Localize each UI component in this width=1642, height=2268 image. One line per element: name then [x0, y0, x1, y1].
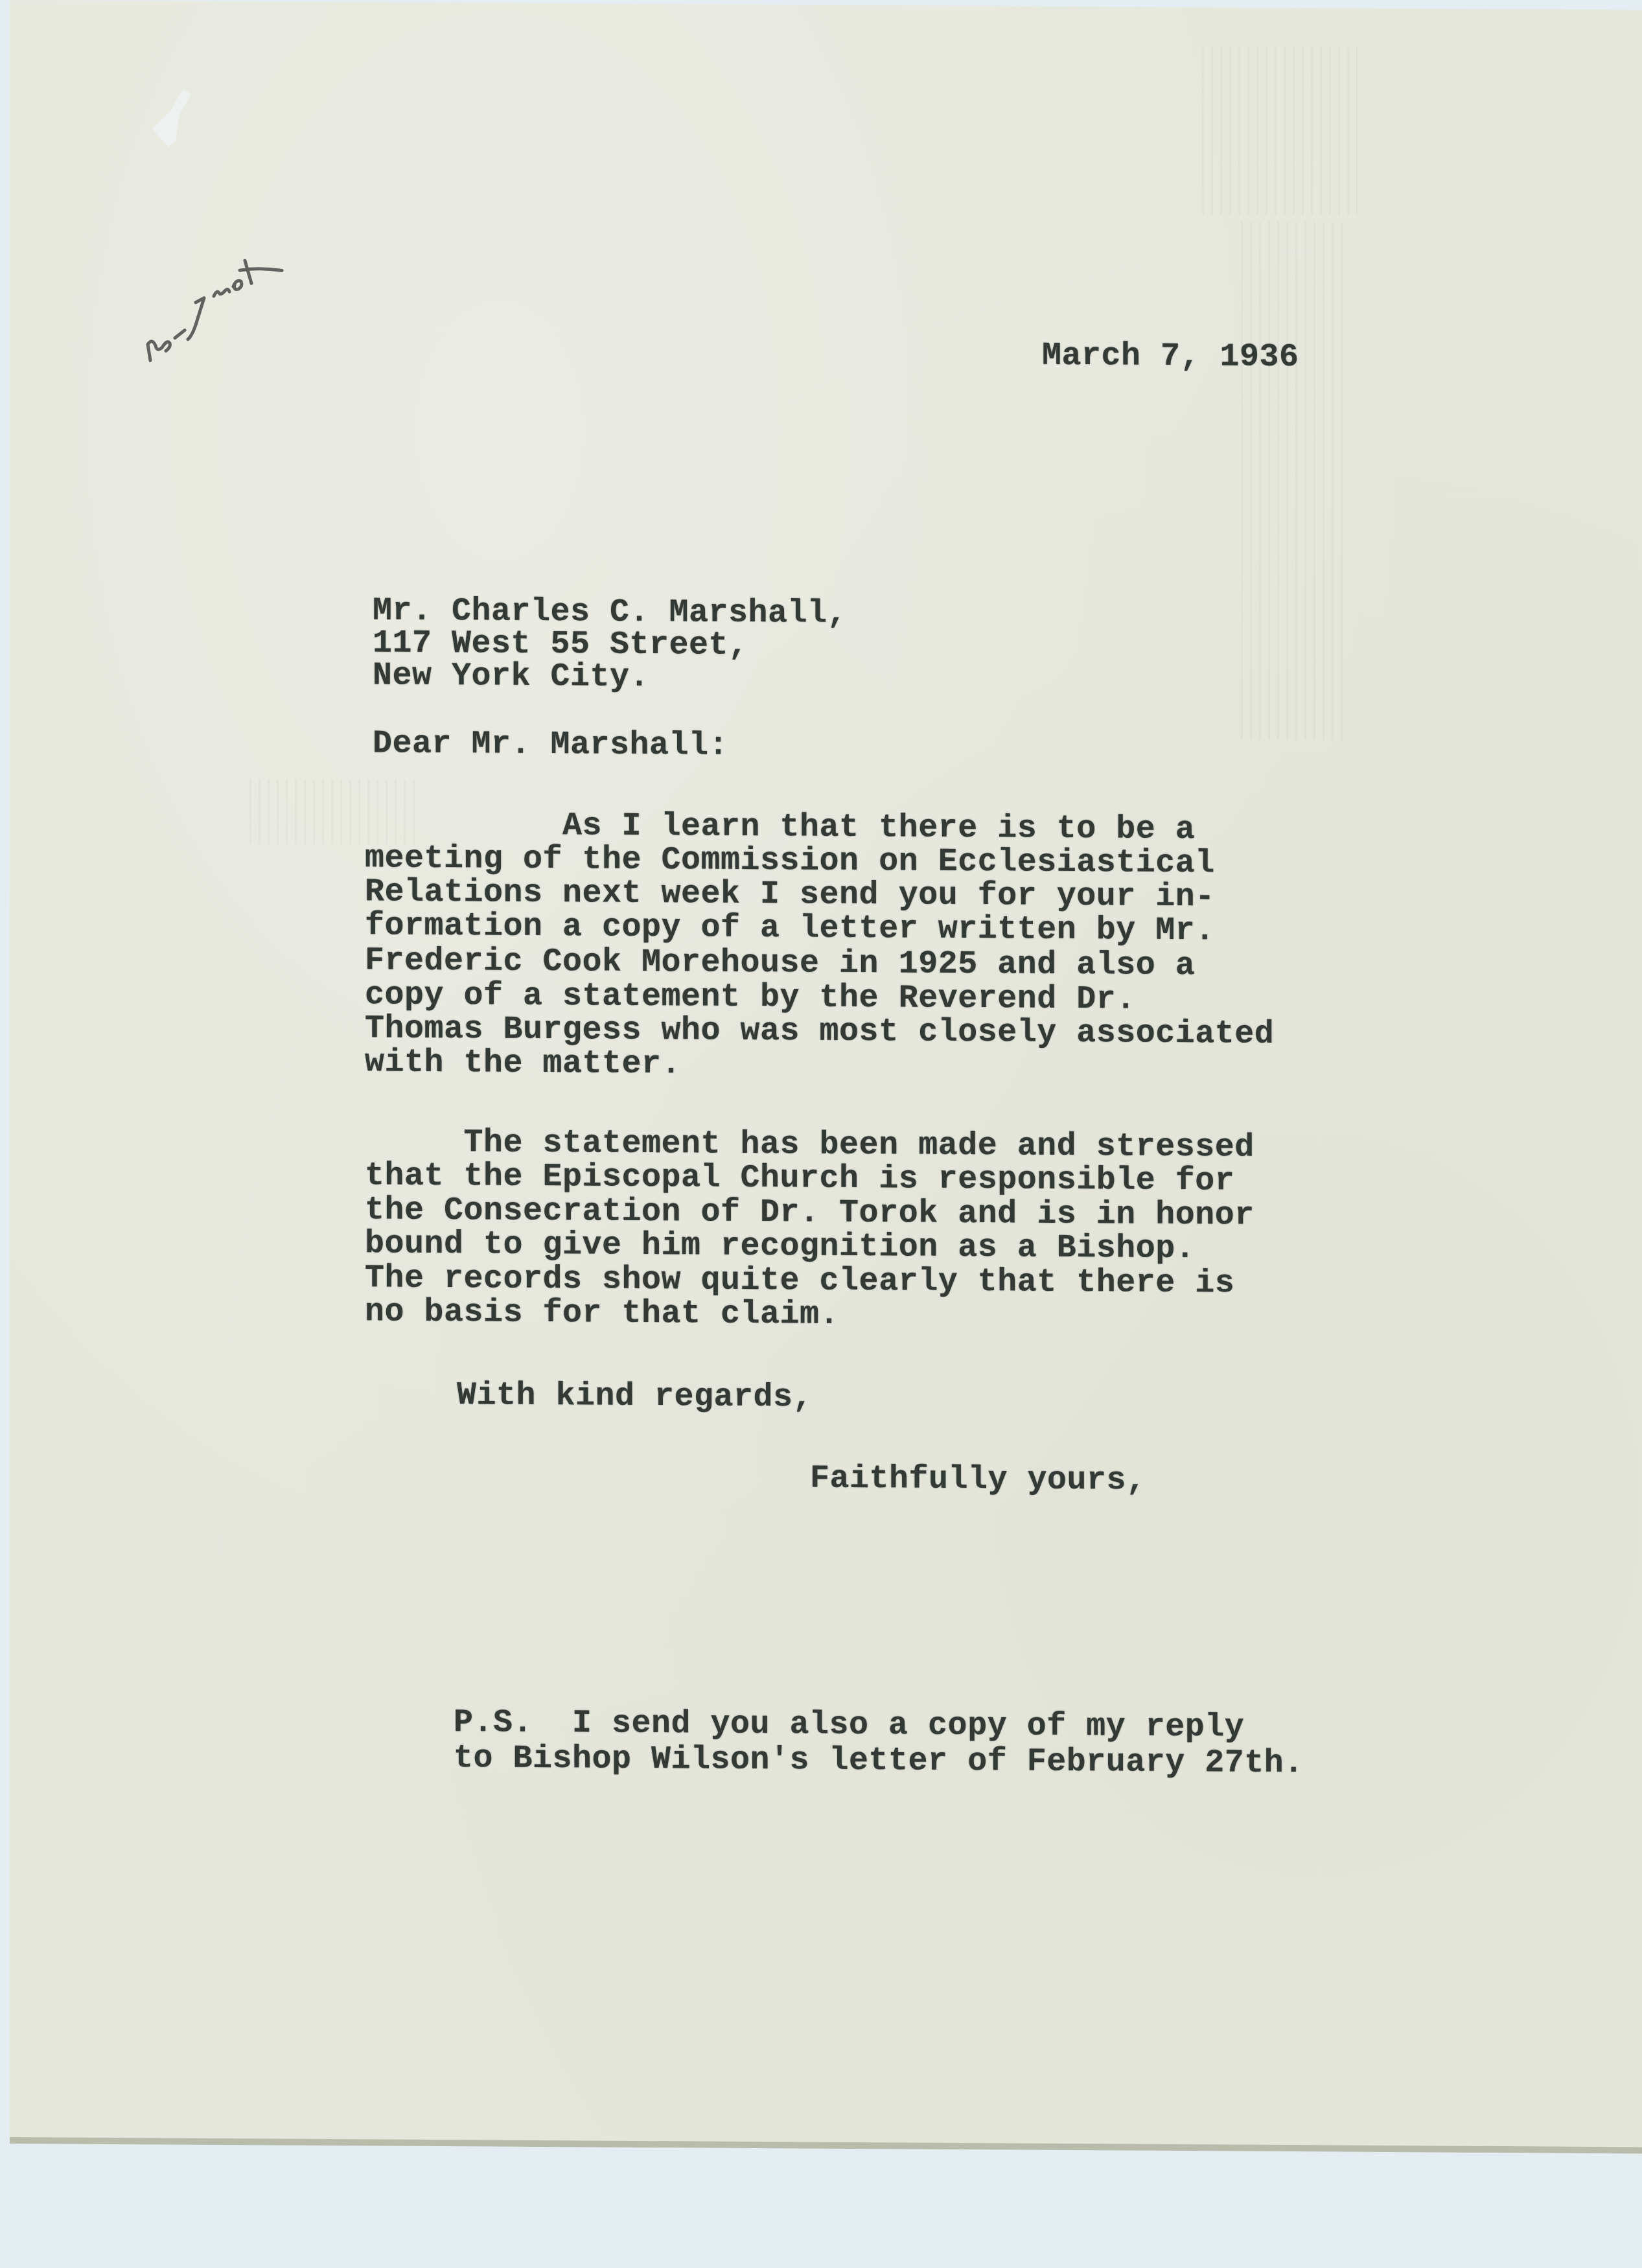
paragraph-line: Frederic Cook Morehouse in 1925 and also… — [365, 945, 1195, 982]
recipient-street: 117 West 55 Street, — [373, 627, 748, 662]
salutation: Dear Mr. Marshall: — [373, 728, 728, 762]
letter-date: March 7, 1936 — [1042, 340, 1299, 374]
postscript-line: P.S. I send you also a copy of my reply — [454, 1707, 1244, 1744]
paragraph-line: with the matter. — [365, 1047, 681, 1081]
show-through-text — [1241, 222, 1345, 741]
handwritten-note-re-torok — [136, 163, 318, 371]
closing-signoff: Faithfully yours, — [810, 1463, 1146, 1498]
body-paragraph-1: As I learn that there is to be a meeting… — [10, 0, 1642, 10]
recipient-city: New York City. — [373, 660, 649, 694]
paragraph-line: no basis for that claim. — [365, 1296, 839, 1331]
paragraph-line: formation a copy of a letter written by … — [365, 910, 1215, 947]
recipient-address: Mr. Charles C. Marshall, 117 West 55 Str… — [10, 0, 1642, 10]
paper-bottom-edge — [10, 2137, 1642, 2153]
postscript-line: to Bishop Wilson's letter of February 27… — [454, 1742, 1304, 1780]
body-paragraph-2: The statement has been made and stressed… — [10, 0, 1642, 10]
paper-tear — [152, 88, 191, 146]
paragraph-line: bound to give him recognition as a Bisho… — [365, 1228, 1195, 1266]
letter-paper: re - Torok March 7, 1936 Mr. Charles C. … — [10, 0, 1642, 2148]
postscript: P.S. I send you also a copy of my reply … — [10, 0, 1642, 10]
closing-regards: With kind regards, — [457, 1380, 813, 1414]
show-through-text — [1202, 46, 1358, 215]
